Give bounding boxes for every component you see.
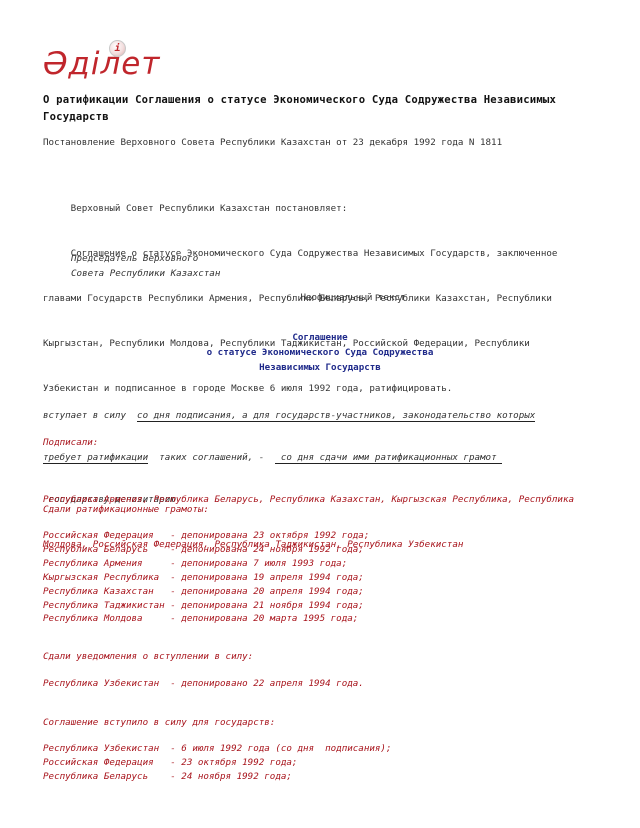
logo-text: Әділет	[43, 49, 160, 80]
country-name: Республика Армения	[43, 558, 165, 569]
deposit-info: - депонирована 7 июля 1993 года;	[165, 558, 348, 569]
signed-heading: Подписали:	[43, 435, 613, 450]
country-name: Кыргызская Республика	[43, 572, 165, 583]
deposit-info: - депонирована 21 ноября 1994 года;	[165, 600, 364, 611]
entry-prefix: вступает в силу	[43, 410, 137, 421]
in-force-list: Республика Узбекистан - 6 июля 1992 года…	[43, 742, 613, 784]
agreement-heading-line-1: Соглашение	[0, 330, 640, 345]
ratifications-heading: Сдали ратификационные грамоты:	[43, 502, 613, 517]
ratification-row: Республика Таджикистан - депонирована 21…	[43, 599, 613, 613]
document-subtitle: Постановление Верховного Совета Республи…	[43, 136, 502, 150]
country-name: Республика Узбекистан	[43, 743, 165, 754]
info-icon: i	[109, 40, 126, 57]
country-name: Республика Таджикистан	[43, 600, 165, 611]
country-name: Российская Федерация	[43, 757, 165, 768]
country-name: Республика Казахстан	[43, 586, 165, 597]
in-force-row: Республика Узбекистан - 6 июля 1992 года…	[43, 742, 613, 756]
signature-line-2: Совета Республики Казахстан	[71, 266, 220, 281]
ratification-row: Республика Молдова - депонирована 20 мар…	[43, 612, 613, 626]
in-force-heading: Соглашение вступило в силу для государст…	[43, 715, 613, 730]
deposit-info: - депонирована 24 ноября 1992 года;	[165, 544, 364, 555]
signature-line-1: Председатель Верховного	[71, 251, 220, 266]
country-name: Республика Узбекистан	[43, 678, 165, 689]
document-body: Верховный Совет Республики Казахстан пос…	[43, 171, 608, 411]
signature-block: Председатель Верховного Совета Республик…	[71, 251, 220, 281]
deposit-info: - депонировано 22 апреля 1994 года.	[165, 678, 364, 689]
notifications-heading: Сдали уведомления о вступлении в силу:	[43, 649, 613, 664]
deposit-info: - 23 октября 1992 года;	[165, 757, 298, 768]
notifications-list: Республика Узбекистан - депонировано 22 …	[43, 676, 613, 691]
ratification-row: Кыргызская Республика - депонирована 19 …	[43, 571, 613, 585]
notification-row: Республика Узбекистан - депонировано 22 …	[43, 676, 613, 691]
agreement-heading-line-3: Независимых Государств	[0, 360, 640, 375]
in-force-row: Российская Федерация - 23 октября 1992 г…	[43, 756, 613, 770]
ratification-row: Республика Армения - депонирована 7 июля…	[43, 557, 613, 571]
adilet-logo[interactable]: Әділет i	[43, 44, 160, 84]
deposit-info: - 6 июля 1992 года (со дня подписания);	[165, 743, 392, 754]
agreement-heading: Соглашение о статусе Экономического Суда…	[0, 330, 640, 375]
deposit-info: - депонирована 19 апреля 1994 года;	[165, 572, 364, 583]
agreement-heading-line-2: о статусе Экономического Суда Содружеств…	[0, 345, 640, 360]
in-force-row: Республика Беларусь - 24 ноября 1992 год…	[43, 770, 613, 784]
entry-line-1: вступает в силу со дня подписания, а для…	[43, 409, 613, 423]
deposit-info: - депонирована 20 марта 1995 года;	[165, 613, 359, 624]
ratifications-list: Российская Федерация - депонирована 23 о…	[43, 529, 613, 626]
deposit-info: - 24 ноября 1992 года;	[165, 771, 292, 782]
deposit-info: - депонирована 20 апреля 1994 года;	[165, 586, 364, 597]
unofficial-text-label: Неофициальный текст	[0, 292, 640, 303]
title-line-2: Государств	[43, 109, 603, 126]
entry-underlined-1: со дня подписания, а для государств-учас…	[137, 410, 535, 422]
ratification-row: Российская Федерация - депонирована 23 о…	[43, 529, 613, 543]
country-name: Республика Молдова	[43, 613, 165, 624]
body-line: Верховный Совет Республики Казахстан пос…	[43, 201, 608, 216]
ratification-row: Республика Казахстан - депонирована 20 а…	[43, 585, 613, 599]
title-line-1: О ратификации Соглашения о статусе Эконо…	[43, 92, 603, 109]
ratification-row: Республика Беларусь - депонирована 24 но…	[43, 543, 613, 557]
document-title: О ратификации Соглашения о статусе Эконо…	[43, 92, 603, 126]
deposit-info: - депонирована 23 октября 1992 года;	[165, 530, 370, 541]
country-name: Республика Беларусь	[43, 544, 165, 555]
country-name: Российская Федерация	[43, 530, 165, 541]
country-name: Республика Беларусь	[43, 771, 165, 782]
